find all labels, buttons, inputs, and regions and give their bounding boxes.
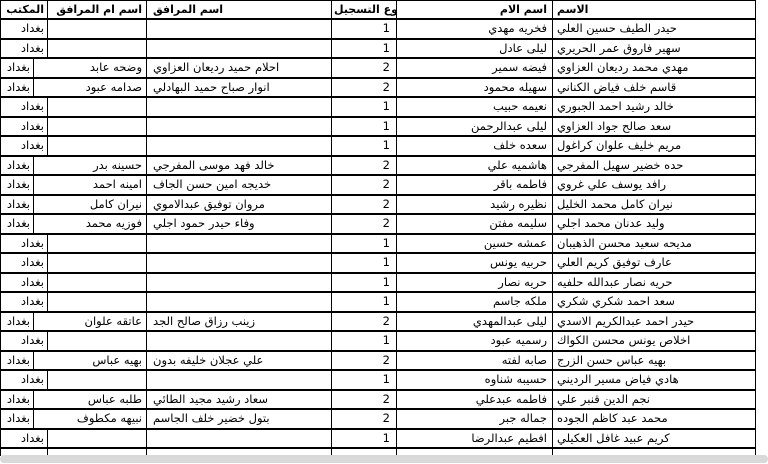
cell-mother-name: ليلى عبدالمهدي <box>396 313 552 331</box>
records-table-page: الاسم اسم الام نوع التسجيل اسم المرافق ا… <box>0 0 768 464</box>
cell-registration-type: 2 <box>331 196 396 214</box>
table-row: قاسم خلف فياض الكناني سهيله محمود 2 انوا… <box>0 78 756 98</box>
cell-name: اخلاص يونس محسن الكواك <box>552 332 755 350</box>
cell-mother-name: هاشميه علي <box>396 157 552 175</box>
cell-companion-name <box>146 98 331 116</box>
table-row: سعد احمد شكري شكري ملكه جاسم 1 بغداد <box>0 292 756 312</box>
cell-name: قاسم خلف فياض الكناني <box>552 79 755 97</box>
cell-companion-mother <box>47 20 146 38</box>
cell-mother-name: صابه لفته <box>396 352 552 370</box>
table-row: مديحه سعيد محسن الذهيبان عمشه حسين 1 بغد… <box>0 234 756 254</box>
cell-companion-name <box>146 430 331 448</box>
cell-mother-name: سليمه مفتن <box>396 215 552 233</box>
cell-mother-name: فاطمه عبدعلي <box>396 391 552 409</box>
cell-mother-name: حسيبه شناوه <box>396 371 552 389</box>
header-companion-name: اسم المرافق <box>146 1 331 18</box>
cell-companion-name <box>146 118 331 136</box>
cell-mother-name: فيضه سمير <box>396 59 552 77</box>
cell-mother-name: جماله جبر <box>396 410 552 428</box>
table-body: حيدر الطيف حسين العلي فخريه مهدي 1 بغداد… <box>0 19 756 448</box>
cell-office: بغداد <box>0 20 47 38</box>
cell-name: هادي فياض مسير الرديني <box>552 371 755 389</box>
cell-registration-type: 1 <box>331 20 396 38</box>
cell-name: محمد عبد كاظم الجوده <box>552 410 755 428</box>
cell-office: بغداد <box>0 40 47 58</box>
cell-name: مهدي محمد رديعان العزاوي <box>552 59 755 77</box>
cell-companion-name <box>146 40 331 58</box>
cell-office: بغداد <box>0 79 33 97</box>
cell-companion-mother: صدامه عبود <box>33 79 146 97</box>
cell-companion-name: علي عجلان خليفه بدون <box>146 352 331 370</box>
table-row: عارف توفيق كريم العلي حربيه يونس 1 بغداد <box>0 253 756 273</box>
cell-registration-type: 1 <box>331 254 396 272</box>
cell-companion-mother <box>47 137 146 155</box>
cell-office: بغداد <box>0 254 47 272</box>
cell-registration-type: 2 <box>331 215 396 233</box>
cell-companion-mother <box>47 371 146 389</box>
cell-name: نجم الدين قنبر علي <box>552 391 755 409</box>
cell-mother-name: افطيم عبدالرضا <box>396 430 552 448</box>
table-row: محمد عبد كاظم الجوده جماله جبر 2 بتول خض… <box>0 409 756 429</box>
cell-companion-name <box>146 20 331 38</box>
table-row: مهدي محمد رديعان العزاوي فيضه سمير 2 احل… <box>0 58 756 78</box>
cell-name: نيران كامل محمد الخليل <box>552 196 755 214</box>
table-row: خالد رشيد احمد الجبوري نعيمه حبيب 1 بغدا… <box>0 97 756 117</box>
cell-mother-name: نظيره رشيد <box>396 196 552 214</box>
cell-office: بغداد <box>0 430 47 448</box>
cell-companion-name: بتول خضير خلف الجاسم <box>146 410 331 428</box>
cell-companion-mother: حسينه بدر <box>33 157 146 175</box>
cell-companion-name: وفاء حيدر حمود اجلي <box>146 215 331 233</box>
table-row: حده خضير سهيل المفرجي هاشميه علي 2 خالد … <box>0 156 756 176</box>
cell-companion-mother: نبيهه مكطوف <box>33 410 146 428</box>
cell-name: حريه نصار عبدالله حلفيه <box>552 274 755 292</box>
cell-companion-name <box>146 254 331 272</box>
header-office: المكتب <box>0 1 47 18</box>
cell-office: بغداد <box>0 313 33 331</box>
cell-registration-type: 2 <box>331 410 396 428</box>
table-row: اخلاص يونس محسن الكواك رسميه عبود 1 بغدا… <box>0 331 756 351</box>
cell-companion-name: سعاد رشيد مجيد الطائي <box>146 391 331 409</box>
cell-companion-mother: نيران كامل <box>33 196 146 214</box>
cell-name: حيدر الطيف حسين العلي <box>552 20 755 38</box>
cell-companion-mother <box>47 274 146 292</box>
cell-companion-name: خديجه امين حسن الجاف <box>146 176 331 194</box>
cell-mother-name: ليلى عبدالرحمن <box>396 118 552 136</box>
table-row: رافد يوسف علي غروي فاطمه باقر 2 خديجه ام… <box>0 175 756 195</box>
registration-table: الاسم اسم الام نوع التسجيل اسم المرافق ا… <box>0 0 756 456</box>
header-mother-name: اسم الام <box>396 1 552 18</box>
cell-mother-name: سعده خلف <box>396 137 552 155</box>
cell-registration-type: 2 <box>331 391 396 409</box>
cell-office: بغداد <box>0 391 33 409</box>
header-name: الاسم <box>552 1 755 18</box>
cell-companion-name <box>146 274 331 292</box>
cell-registration-type: 1 <box>331 332 396 350</box>
cell-office: بغداد <box>0 235 47 253</box>
cell-companion-name: مروان توفيق عبدالاموي <box>146 196 331 214</box>
cell-mother-name: فاطمه باقر <box>396 176 552 194</box>
table-row: مريم خليف علوان كراغول سعده خلف 1 بغداد <box>0 136 756 156</box>
cell-office: بغداد <box>0 196 33 214</box>
table-row: سعد صالح جواد العزاوي ليلى عبدالرحمن 1 ب… <box>0 117 756 137</box>
cell-registration-type: 2 <box>331 157 396 175</box>
cell-companion-mother: عاتقه علوان <box>33 313 146 331</box>
cell-office: بغداد <box>0 98 47 116</box>
horizontal-scrollbar[interactable] <box>0 455 768 463</box>
cell-mother-name: ليلى عادل <box>396 40 552 58</box>
table-row: نجم الدين قنبر علي فاطمه عبدعلي 2 سعاد ر… <box>0 390 756 410</box>
cell-companion-mother <box>47 293 146 311</box>
table-row: بهيه عباس حسن الزرج صابه لفته 2 علي عجلا… <box>0 351 756 371</box>
cell-registration-type: 1 <box>331 274 396 292</box>
cell-mother-name: فخريه مهدي <box>396 20 552 38</box>
table-row: حريه نصار عبدالله حلفيه حريه نصار 1 بغدا… <box>0 273 756 293</box>
cell-companion-mother: فوزيه محمد <box>33 215 146 233</box>
cell-registration-type: 2 <box>331 59 396 77</box>
cell-companion-mother <box>47 235 146 253</box>
cell-mother-name: حريه نصار <box>396 274 552 292</box>
cell-registration-type: 2 <box>331 176 396 194</box>
cell-name: رافد يوسف علي غروي <box>552 176 755 194</box>
cell-companion-name <box>146 137 331 155</box>
cell-mother-name: عمشه حسين <box>396 235 552 253</box>
cell-registration-type: 1 <box>331 118 396 136</box>
cell-office: بغداد <box>0 59 33 77</box>
cell-office: بغداد <box>0 332 47 350</box>
cell-companion-mother: بهيه عباس <box>33 352 146 370</box>
table-row: حيدر الطيف حسين العلي فخريه مهدي 1 بغداد <box>0 19 756 39</box>
cell-registration-type: 1 <box>331 98 396 116</box>
table-row: وليد عدنان محمد اجلي سليمه مفتن 2 وفاء ح… <box>0 214 756 234</box>
cell-companion-name: انوار صباح حميد البهادلي <box>146 79 331 97</box>
cell-companion-mother: امينه احمد <box>33 176 146 194</box>
cell-companion-mother <box>47 332 146 350</box>
cell-companion-mother: وضحه عابد <box>33 59 146 77</box>
cell-office: بغداد <box>0 137 47 155</box>
cell-name: بهيه عباس حسن الزرج <box>552 352 755 370</box>
cell-office: بغداد <box>0 176 33 194</box>
cell-name: كريم عبيد غافل العكيلي <box>552 430 755 448</box>
cell-mother-name: رسميه عبود <box>396 332 552 350</box>
cell-name: حيدر احمد عبدالكريم الاسدي <box>552 313 755 331</box>
cell-companion-name: خالد فهد موسى المفرجي <box>146 157 331 175</box>
cell-registration-type: 1 <box>331 430 396 448</box>
cell-companion-mother <box>47 40 146 58</box>
cell-companion-name: زينب رزاق صالح الجد <box>146 313 331 331</box>
cell-companion-name <box>146 235 331 253</box>
cell-companion-name <box>146 293 331 311</box>
header-companion-mother: اسم ام المرافق <box>47 1 146 18</box>
cell-name: وليد عدنان محمد اجلي <box>552 215 755 233</box>
cell-mother-name: سهيله محمود <box>396 79 552 97</box>
cell-companion-mother <box>47 430 146 448</box>
cell-name: حده خضير سهيل المفرجي <box>552 157 755 175</box>
cell-registration-type: 2 <box>331 352 396 370</box>
cell-name: سهير فاروق عمر الحريري <box>552 40 755 58</box>
table-row: هادي فياض مسير الرديني حسيبه شناوه 1 بغد… <box>0 370 756 390</box>
cell-name: سعد صالح جواد العزاوي <box>552 118 755 136</box>
cell-name: سعد احمد شكري شكري <box>552 293 755 311</box>
cell-name: عارف توفيق كريم العلي <box>552 254 755 272</box>
table-row: سهير فاروق عمر الحريري ليلى عادل 1 بغداد <box>0 39 756 59</box>
cell-office: بغداد <box>0 215 33 233</box>
cell-registration-type: 2 <box>331 313 396 331</box>
cell-office: بغداد <box>0 274 47 292</box>
cell-registration-type: 1 <box>331 137 396 155</box>
cell-companion-mother: طلبه عباس <box>33 391 146 409</box>
cell-registration-type: 1 <box>331 40 396 58</box>
cell-companion-name <box>146 332 331 350</box>
cell-office: بغداد <box>0 118 47 136</box>
cell-mother-name: حربيه يونس <box>396 254 552 272</box>
cell-office: بغداد <box>0 410 33 428</box>
table-row: حيدر احمد عبدالكريم الاسدي ليلى عبدالمهد… <box>0 312 756 332</box>
cell-name: مديحه سعيد محسن الذهيبان <box>552 235 755 253</box>
cell-registration-type: 1 <box>331 371 396 389</box>
cell-companion-name <box>146 371 331 389</box>
cell-office: بغداد <box>0 157 33 175</box>
cell-companion-mother <box>47 254 146 272</box>
cell-office: بغداد <box>0 371 47 389</box>
cell-office: بغداد <box>0 293 47 311</box>
cell-name: خالد رشيد احمد الجبوري <box>552 98 755 116</box>
cell-mother-name: نعيمه حبيب <box>396 98 552 116</box>
cell-companion-mother <box>47 118 146 136</box>
table-row: كريم عبيد غافل العكيلي افطيم عبدالرضا 1 … <box>0 429 756 449</box>
cell-companion-name: احلام حميد رديعان العزاوي <box>146 59 331 77</box>
cell-registration-type: 1 <box>331 235 396 253</box>
cell-companion-mother <box>47 98 146 116</box>
cell-name: مريم خليف علوان كراغول <box>552 137 755 155</box>
cell-mother-name: ملكه جاسم <box>396 293 552 311</box>
cell-registration-type: 1 <box>331 293 396 311</box>
cell-office: بغداد <box>0 352 33 370</box>
cell-registration-type: 2 <box>331 79 396 97</box>
header-registration-type: نوع التسجيل <box>331 1 396 18</box>
table-row: نيران كامل محمد الخليل نظيره رشيد 2 مروا… <box>0 195 756 215</box>
table-header-row: الاسم اسم الام نوع التسجيل اسم المرافق ا… <box>0 0 756 19</box>
